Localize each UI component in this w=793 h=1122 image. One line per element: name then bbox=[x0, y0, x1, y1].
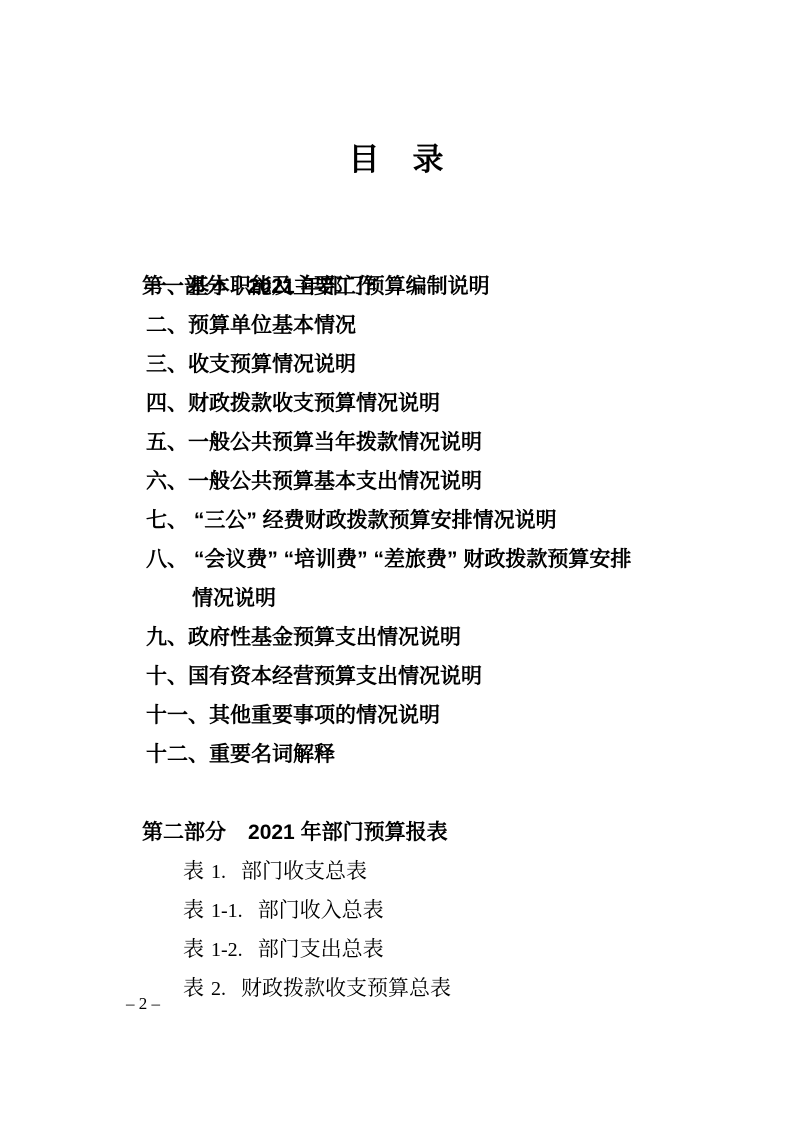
toc-entry: 八、 “会议费” “培训费” “差旅费” 财政拨款预算安排 bbox=[0, 540, 793, 579]
toc-entry: 四、财政拨款收支预算情况说明 bbox=[0, 384, 793, 423]
toc-entry: 十、国有资本经营预算支出情况说明 bbox=[0, 657, 793, 696]
table-number: 2. bbox=[211, 978, 226, 1000]
page-title: 目 录 bbox=[0, 0, 793, 178]
toc-entry: 九、政府性基金预算支出情况说明 bbox=[0, 618, 793, 657]
table-label: 部门支出总表 bbox=[258, 938, 384, 961]
table-label: 部门收入总表 bbox=[258, 899, 384, 922]
document-page: 目 录 第一部分2021 年部门预算编制说明 一、基本职能及主要工作 二、预算单… bbox=[0, 0, 793, 1122]
toc-section-heading-1: 第一部分2021 年部门预算编制说明 bbox=[0, 228, 793, 267]
toc-entry: 七、 “三公” 经费财政拨款预算安排情况说明 bbox=[0, 501, 793, 540]
table-prefix: 表 bbox=[183, 860, 204, 883]
toc-entry: 五、一般公共预算当年拨款情况说明 bbox=[0, 423, 793, 462]
table-number: 1-1. bbox=[211, 900, 243, 922]
section-title: 2021 年部门预算报表 bbox=[248, 821, 448, 844]
toc-entry: 十二、重要名词解释 bbox=[0, 735, 793, 774]
table-prefix: 表 bbox=[183, 899, 204, 922]
table-number: 1. bbox=[211, 861, 226, 883]
section-label: 第二部分 bbox=[142, 821, 226, 844]
toc-section-heading-2: 第二部分2021 年部门预算报表 bbox=[0, 774, 793, 813]
toc-entry-continuation: 情况说明 bbox=[0, 579, 793, 618]
table-number: 1-2. bbox=[211, 939, 243, 961]
toc-entry: 六、一般公共预算基本支出情况说明 bbox=[0, 462, 793, 501]
table-label: 财政拨款收支预算总表 bbox=[241, 977, 451, 1000]
toc-entry: 十一、其他重要事项的情况说明 bbox=[0, 696, 793, 735]
table-prefix: 表 bbox=[183, 938, 204, 961]
table-prefix: 表 bbox=[183, 977, 204, 1000]
toc-entry: 三、收支预算情况说明 bbox=[0, 345, 793, 384]
toc-table-entry: 表2.财政拨款收支预算总表 bbox=[0, 930, 793, 969]
toc-table-entry: 表1-2.部门支出总表 bbox=[0, 891, 793, 930]
table-label: 部门收支总表 bbox=[241, 860, 367, 883]
table-of-contents: 第一部分2021 年部门预算编制说明 一、基本职能及主要工作 二、预算单位基本情… bbox=[0, 228, 793, 969]
